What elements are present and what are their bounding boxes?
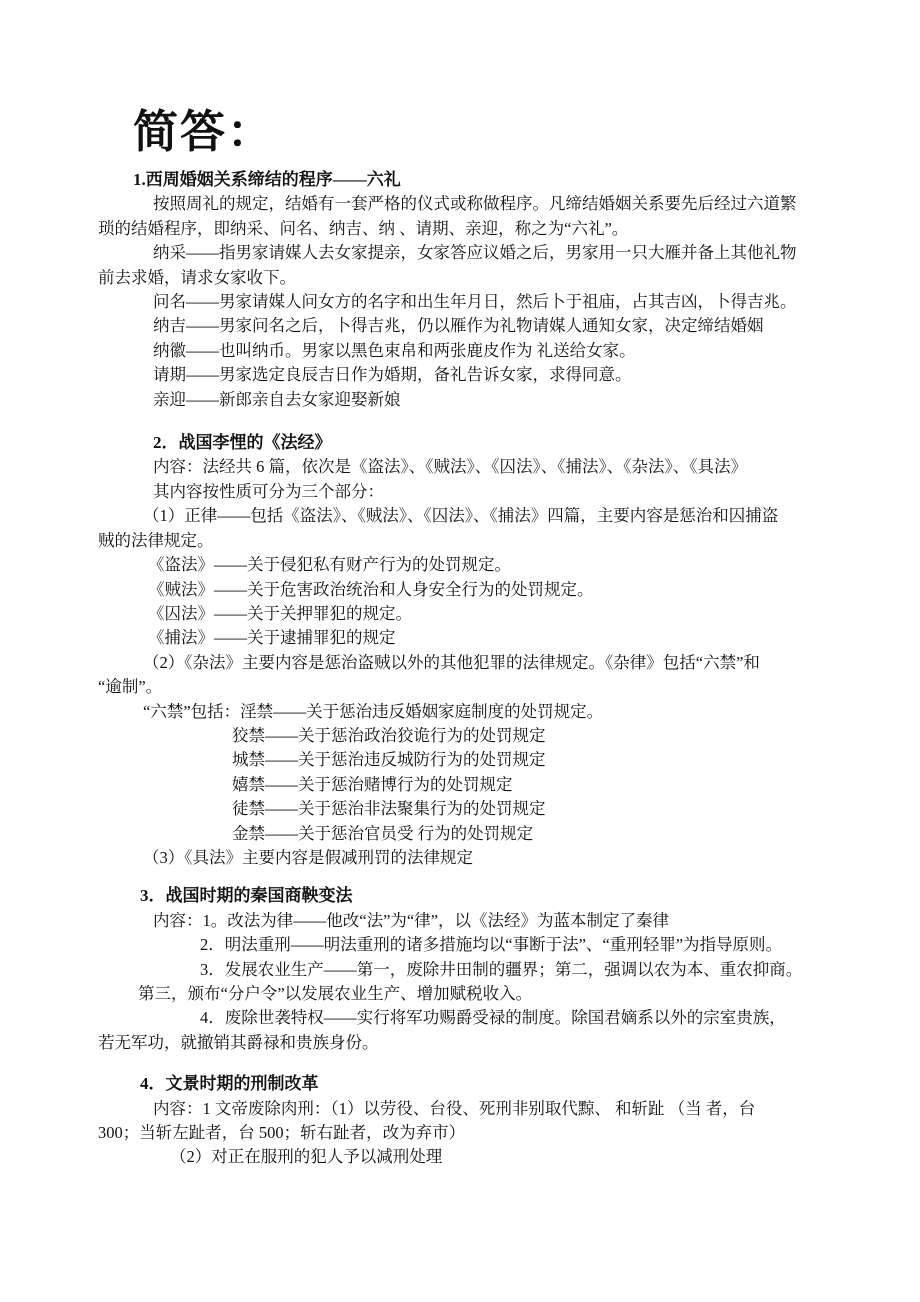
text-line: 2．明法重刑——明法重刑的诸多措施均以“事断于法”、“重刑轻罪”为指导原则。 <box>98 933 880 957</box>
section-heading: 1.西周婚姻关系缔结的程序——六礼 <box>133 168 880 192</box>
text-line: 请期——男家选定良辰吉日作为婚期，备礼告诉女家，求得同意。 <box>98 363 880 387</box>
text-line: 纳吉——男家问名之后，卜得吉兆，仍以雁作为礼物请媒人通知女家，决定缔结婚姻 <box>98 314 880 338</box>
section-spacer <box>98 1055 880 1072</box>
text-line: 金禁——关于惩治官员受 行为的处罚规定 <box>98 822 880 846</box>
text-line: （3）《具法》主要内容是假减刑罚的法律规定 <box>98 846 880 870</box>
text-line: 《盗法》——关于侵犯私有财产行为的处罚规定。 <box>98 553 880 577</box>
text-line: 3．发展农业生产——第一，废除井田制的疆界；第二，强调以农为本、重农抑商。 <box>98 958 880 982</box>
text-line: 第三，颁布“分户令”以发展农业生产、增加赋税收入。 <box>98 982 880 1006</box>
text-line: 前去求婚，请求女家收下。 <box>98 266 880 290</box>
text-line: 《贼法》——关于危害政治统治和人身安全行为的处罚规定。 <box>98 578 880 602</box>
text-line: 内容：1。改法为律——他改“法”为“律”，以《法经》为蓝本制定了秦律 <box>98 909 880 933</box>
text-line: “六禁”包括：淫禁——关于惩治违反婚姻家庭制度的处罚规定。 <box>98 700 880 724</box>
text-line: 徒禁——关于惩治非法聚集行为的处罚规定 <box>98 797 880 821</box>
section-heading: 2．战国李悝的《法经》 <box>153 431 880 455</box>
section-4: 4．文景时期的刑制改革 内容：1 文帝废除肉刑：（1）以劳役、台役、死刑非别取代… <box>98 1072 880 1170</box>
text-line: “逾制”。 <box>98 675 880 699</box>
text-line: 300；当斩左趾者，台 500；斩右趾者，改为弃市） <box>98 1121 880 1145</box>
section-3: 3．战国时期的秦国商鞅变法 内容：1。改法为律——他改“法”为“律”，以《法经》… <box>98 884 880 1055</box>
text-line: 狡禁——关于惩治政治狡诡行为的处罚规定 <box>98 724 880 748</box>
text-line: 亲迎——新郎亲自去女家迎娶新娘 <box>98 388 880 412</box>
text-line: 嬉禁——关于惩治赌博行为的处罚规定 <box>98 773 880 797</box>
text-line: 问名——男家请媒人问女方的名字和出生年月日，然后卜于祖庙，占其吉凶，卜得吉兆。 <box>98 290 880 314</box>
page-title: 简答： <box>133 102 880 162</box>
text-line: 《捕法》——关于逮捕罪犯的规定 <box>98 626 880 650</box>
text-line: （1）正律——包括《盗法》、《贼法》、《囚法》、《捕法》四篇，主要内容是惩治和囚… <box>98 504 880 528</box>
text-line: 其内容按性质可分为三个部分： <box>98 480 880 504</box>
section-heading: 4．文景时期的刑制改革 <box>140 1072 880 1096</box>
section-heading: 3．战国时期的秦国商鞅变法 <box>140 884 880 908</box>
section-2: 2．战国李悝的《法经》 内容：法经共 6 篇，依次是《盗法》、《贼法》、《囚法》… <box>98 431 880 870</box>
text-line: 琐的结婚程序，即纳采、问名、纳吉、纳 、请期、亲迎，称之为“六礼”。 <box>98 217 880 241</box>
text-line: 内容：1 文帝废除肉刑：（1）以劳役、台役、死刑非别取代黥、 和斩趾 （当 者，… <box>98 1097 880 1121</box>
text-line: （2）对正在服刑的犯人予以减刑处理 <box>98 1145 880 1169</box>
section-spacer <box>98 870 880 884</box>
text-line: 《囚法》——关于关押罪犯的规定。 <box>98 602 880 626</box>
text-line: （2）《杂法》主要内容是惩治盗贼以外的其他犯罪的法律规定。《杂律》包括“六禁”和 <box>98 651 880 675</box>
text-line: 城禁——关于惩治违反城防行为的处罚规定 <box>98 748 880 772</box>
text-line: 贼的法律规定。 <box>98 529 880 553</box>
section-spacer <box>98 412 880 431</box>
text-line: 若无军功，就撤销其爵禄和贵族身份。 <box>98 1031 880 1055</box>
document-page: 简答： 1.西周婚姻关系缔结的程序——六礼 按照周礼的规定，结婚有一套严格的仪式… <box>0 0 920 1302</box>
text-line: 4．废除世袭特权——实行将军功赐爵受禄的制度。除国君嫡系以外的宗室贵族， <box>98 1006 880 1030</box>
text-line: 按照周礼的规定，结婚有一套严格的仪式或称做程序。凡缔结婚姻关系要先后经过六道繁 <box>98 192 880 216</box>
section-1: 1.西周婚姻关系缔结的程序——六礼 按照周礼的规定，结婚有一套严格的仪式或称做程… <box>98 168 880 412</box>
text-line: 纳徽——也叫纳币。男家以黑色束帛和两张鹿皮作为 礼送给女家。 <box>98 339 880 363</box>
text-line: 纳采——指男家请媒人去女家提亲，女家答应议婚之后，男家用一只大雁并备上其他礼物 <box>98 241 880 265</box>
text-line: 内容：法经共 6 篇，依次是《盗法》、《贼法》、《囚法》、《捕法》、《杂法》、《… <box>98 455 880 479</box>
page-content: 简答： 1.西周婚姻关系缔结的程序——六礼 按照周礼的规定，结婚有一套严格的仪式… <box>0 0 900 1170</box>
